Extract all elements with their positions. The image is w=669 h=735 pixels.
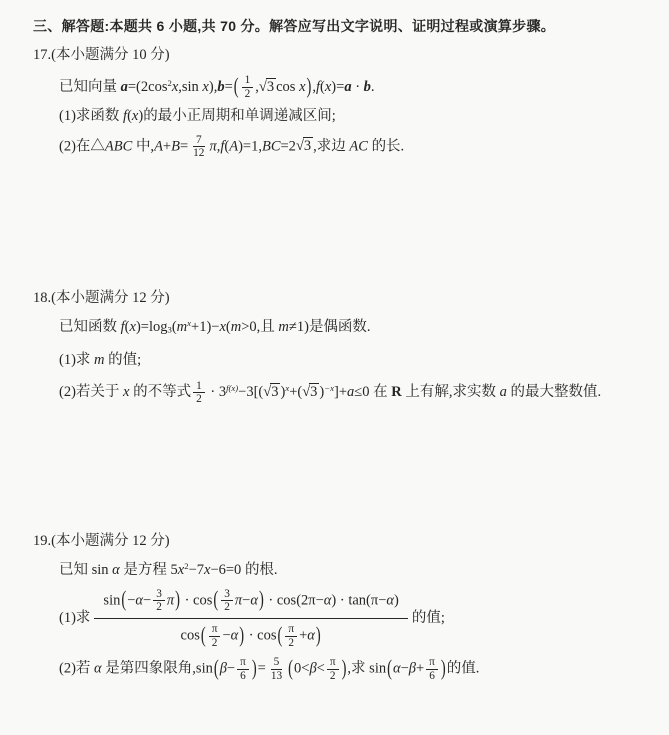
formula-token: π (209, 623, 221, 637)
formula-token: 7 (193, 134, 205, 148)
formula-token: ,sin (178, 79, 202, 95)
formula-token: · tan(π− (336, 592, 386, 608)
formula-token: >0 (241, 319, 256, 335)
formula-token: 已知向量 (59, 79, 121, 95)
formula-token: 6 (426, 670, 438, 683)
formula-token: ( (201, 620, 206, 652)
formula-token: cos (276, 79, 299, 95)
question-19-part1: (1)求sin(−α−32π) · cos(32π−α) · cos(2π−α)… (33, 588, 647, 650)
formula-token: 2 (193, 393, 205, 406)
formula-token: 2 (285, 637, 297, 650)
question-18-head: 18.(本小题满分 12 分) (33, 288, 647, 309)
formula-token: a (344, 79, 351, 95)
formula-token: =2 (281, 138, 296, 154)
formula-token: 在 (369, 384, 391, 400)
formula-token: −7 (189, 562, 204, 578)
formula-token: ) (307, 72, 312, 104)
formula-token: 2 (209, 637, 221, 650)
formula-token: −3[( (238, 384, 263, 400)
formula-token: A (154, 138, 163, 154)
formula-token: π6 (237, 656, 249, 682)
formula-token: ,且 (257, 319, 279, 335)
formula-token: 的最小正周期和单调递减区间; (143, 108, 336, 124)
formula-token: 13 (268, 670, 285, 683)
formula-token: ( (213, 585, 218, 617)
formula-token: 12 (190, 147, 207, 160)
question-17-part1: (1)求函数 f(x)的最小正周期和单调递减区间; (33, 106, 647, 127)
formula-token: 的长. (368, 138, 404, 154)
formula-token: (2)若 (59, 661, 94, 677)
formula-token: √3 (302, 384, 319, 400)
formula-token: β (309, 661, 316, 677)
formula-token: π2 (209, 623, 221, 649)
question-18-given: 已知函数 f(x)=log3(mx+1)−x(m>0,且 m≠1)是偶函数. (33, 313, 647, 341)
formula-token: 的值. (447, 661, 480, 677)
question-18: 18.(本小题满分 12 分) 已知函数 f(x)=log3(mx+1)−x(m… (33, 288, 647, 406)
formula-token: ( (387, 654, 392, 686)
formula-token: ]+ (334, 384, 347, 400)
formula-token: sin (369, 661, 386, 677)
formula-token: 是偶函数. (309, 319, 371, 335)
formula-token: +( (289, 384, 302, 400)
formula-token: 的根. (241, 562, 277, 578)
formula-token: sin (103, 592, 120, 608)
formula-token: 3 (153, 588, 165, 602)
question-17-part2: (2)在△ABC 中,A+B=712π,f(A)=1,BC=2√3,求边 AC … (33, 134, 647, 160)
formula-token: π2 (285, 623, 297, 649)
formula-token: α (307, 628, 315, 644)
formula-token: π (237, 656, 249, 670)
formula-token: 3 (221, 588, 233, 602)
question-17-head: 17.(本小题满分 10 分) (33, 45, 647, 66)
formula-token: ) (316, 620, 321, 652)
formula-token: sin(−α−32π) · cos(32π−α) · cos(2π−α) · t… (94, 588, 407, 619)
formula-token: ) (441, 654, 446, 686)
formula-token: A (229, 138, 238, 154)
formula-token: + (416, 661, 424, 677)
question-17: 17.(本小题满分 10 分) 已知向量 a=(2cos2x,sin x),b=… (33, 45, 647, 160)
formula-token: α (231, 628, 239, 644)
formula-token: · cos (245, 628, 276, 644)
formula-token: . (371, 79, 375, 95)
formula-token: )= (331, 79, 344, 95)
formula-token: √3 (296, 138, 313, 154)
formula-token: +1)− (191, 319, 219, 335)
formula-token: 已知函数 (59, 319, 121, 335)
formula-token: 的最大整数值. (507, 384, 601, 400)
formula-token: 3 (266, 78, 276, 95)
formula-token: = (258, 661, 266, 677)
formula-token: m (94, 352, 104, 368)
formula-token: AC (349, 138, 368, 154)
formula-token: 32 (221, 588, 233, 614)
formula-token: π6 (426, 656, 438, 682)
formula-token: cos (181, 628, 200, 644)
formula-token: sin (196, 661, 213, 677)
formula-token: 的值; (412, 610, 445, 626)
formula-token: · 3 (207, 384, 226, 400)
formula-token: )=1, (238, 138, 262, 154)
formula-token: = (225, 79, 233, 95)
formula-token: ≤0 (354, 384, 369, 400)
formula-token: ) (252, 654, 257, 686)
formula-token: ( (121, 585, 126, 617)
formula-token: α (112, 562, 120, 578)
formula-token: R (391, 384, 401, 400)
formula-token: π (426, 656, 438, 670)
formula-token: + (163, 138, 171, 154)
formula-token: 0< (294, 661, 309, 677)
formula-token: ≠1) (289, 319, 309, 335)
formula-token: √3 (259, 79, 276, 95)
formula-token: β (220, 661, 227, 677)
formula-token: 已知 (59, 562, 92, 578)
question-19: 19.(本小题满分 12 分) 已知 sin α 是方程 5x2−7x−6=0 … (33, 531, 647, 683)
question-17-given: 已知向量 a=(2cos2x,sin x),b=(12,√3cos x),f(x… (33, 73, 647, 101)
formula-token: β (409, 661, 416, 677)
formula-token: · cos (181, 592, 212, 608)
formula-token: 1 (193, 380, 205, 394)
formula-token: ) (175, 585, 180, 617)
formula-token: f(x) (226, 383, 238, 393)
formula-token: 是第四象限角, (102, 661, 196, 677)
question-19-given: 已知 sin α 是方程 5x2−7x−6=0 的根. (33, 556, 647, 581)
formula-token: α (393, 661, 401, 677)
formula-token: −x (324, 383, 334, 393)
formula-token: m (231, 319, 241, 335)
formula-token: 3 (309, 383, 319, 400)
formula-token: ) (239, 620, 244, 652)
formula-token: =(2cos (128, 79, 168, 95)
formula-token: 12 (193, 380, 205, 406)
formula-token: (2)在△ (59, 138, 105, 154)
formula-token: 上有解,求实数 (402, 384, 500, 400)
formula-token: (1)求 (59, 352, 94, 368)
formula-token: (1)求 (59, 610, 90, 626)
formula-token: 3 (303, 137, 313, 154)
formula-token: 2 (242, 88, 254, 101)
formula-token: a (500, 384, 507, 400)
formula-token: 5 (171, 562, 178, 578)
formula-token: x (299, 79, 305, 95)
formula-token: ( (234, 72, 239, 104)
formula-token: 32 (153, 588, 165, 614)
formula-token: 1 (242, 74, 254, 88)
formula-token: cos(π2−α) · cos(π2+α) (181, 619, 322, 649)
formula-token: − (401, 661, 409, 677)
formula-token: 是方程 (120, 562, 171, 578)
formula-token: b (217, 79, 224, 95)
formula-token: < (317, 661, 325, 677)
formula-token: ,求边 (313, 138, 349, 154)
formula-token: 12 (242, 74, 254, 100)
formula-token: (1)求函数 (59, 108, 123, 124)
formula-token: ABC (105, 138, 132, 154)
formula-token: ( (278, 620, 283, 652)
formula-token: ) (259, 585, 264, 617)
formula-token: π2 (327, 656, 339, 682)
formula-token: − (143, 592, 151, 608)
formula-token: ( (288, 654, 293, 686)
exam-sheet: 三、解答题:本题共 6 小题,共 70 分。解答应写出文字说明、证明过程或演算步… (0, 0, 669, 735)
formula-token: 2 (327, 670, 339, 683)
formula-token: sin(−α−32π) · cos(32π−α) · cos(2π−α) · t… (94, 588, 407, 650)
formula-token: π (285, 623, 297, 637)
formula-token: ( (214, 654, 219, 686)
formula-token: m (278, 319, 288, 335)
formula-token: = (180, 138, 188, 154)
formula-token: 2 (221, 601, 233, 614)
formula-token: )=log (136, 319, 168, 335)
formula-token: ) (394, 592, 399, 608)
formula-token: 513 (268, 656, 285, 682)
formula-token: π (327, 656, 339, 670)
formula-token: −6=0 (210, 562, 241, 578)
question-19-part2: (2)若 α 是第四象限角,sin(β−π6)=513(0<β<π2),求 si… (33, 656, 647, 682)
formula-token: sin (92, 562, 113, 578)
formula-token: B (171, 138, 180, 154)
formula-token: ,求 (347, 661, 369, 677)
formula-token: α (135, 592, 143, 608)
question-18-part2: (2)若关于 x 的不等式12 · 3f(x)−3[(√3)x+(√3)−x]+… (33, 378, 647, 406)
exam-page: { "page": { "background": "#f9f9f7", "in… (0, 0, 669, 735)
formula-token: π (209, 138, 216, 154)
formula-token: b (364, 79, 371, 95)
formula-token: (2)若关于 (59, 384, 123, 400)
formula-token: − (222, 628, 230, 644)
formula-token: π (167, 592, 174, 608)
section-header: 三、解答题:本题共 6 小题,共 70 分。解答应写出文字说明、证明过程或演算步… (33, 16, 647, 37)
formula-token: 中, (132, 138, 154, 154)
formula-token: ) (342, 654, 347, 686)
formula-token: 2 (153, 601, 165, 614)
formula-token: 3 (270, 383, 280, 400)
formula-token: BC (262, 138, 281, 154)
formula-token: α (250, 592, 258, 608)
formula-token: a (121, 79, 128, 95)
formula-token: 712 (190, 134, 207, 160)
formula-token: α (386, 592, 394, 608)
formula-token: · (352, 79, 364, 95)
question-19-head: 19.(本小题满分 12 分) (33, 531, 647, 552)
formula-token: 5 (271, 656, 283, 670)
formula-token: √3 (263, 384, 280, 400)
formula-token: 6 (237, 670, 249, 683)
question-18-part1: (1)求 m 的值; (33, 350, 647, 371)
formula-token: · cos(2π− (265, 592, 324, 608)
formula-token: α (94, 661, 102, 677)
formula-token: − (227, 661, 235, 677)
formula-token: 的值; (105, 352, 142, 368)
formula-token: m (177, 319, 187, 335)
formula-token: 的不等式 (129, 384, 191, 400)
